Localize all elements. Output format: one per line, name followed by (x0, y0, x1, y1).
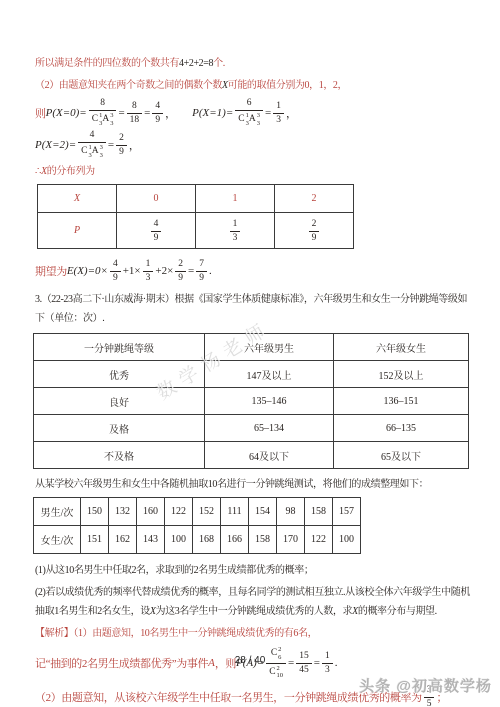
fraction-numerator: 6 (235, 98, 263, 111)
combination-symbol: C13 (238, 112, 249, 128)
question-3-part1: (1)从这10名男生中任取2名，求取到的2名男生成绩都优秀的概率； (35, 561, 473, 580)
table-cell: 65–134 (205, 415, 334, 442)
fraction-denominator: 9 (196, 272, 207, 284)
fraction: 29 (175, 259, 186, 284)
table-cell: 135–146 (205, 388, 334, 415)
table-cell: 优秀 (34, 361, 205, 388)
scripts: 33 (257, 112, 260, 128)
superscript: 2 (278, 646, 281, 654)
table-cell: 2 (275, 185, 354, 213)
table-cell: 168 (193, 526, 221, 554)
fraction: 13 (273, 101, 284, 126)
fraction-denominator: 9 (152, 114, 163, 126)
fraction-denominator: 18 (127, 114, 143, 126)
fraction-numerator: 4 (151, 219, 162, 232)
equals-sign: = (265, 107, 271, 119)
fraction: 79 (196, 259, 207, 284)
arrangement-symbol: A33 (102, 112, 113, 128)
table-cell: 111 (221, 498, 249, 526)
table-cell: 143 (137, 526, 165, 554)
table-cell: 13 (196, 213, 275, 249)
fraction-numerator: 1 (143, 259, 154, 272)
formula-line-p0-p1: 则 P(X=0)= 8 C13 A33 = 818 = 49 ， P(X=1)=… (35, 98, 473, 128)
comma: ， (129, 137, 140, 153)
subscript: 10 (277, 672, 284, 680)
table-cell: 132 (109, 498, 137, 526)
subscript: 3 (257, 120, 260, 128)
fraction-denominator: C210 (266, 664, 286, 681)
text-run: A (102, 114, 109, 125)
text-run: 【解析】（1）由题意知，10名男生中一分钟跳绳成绩优秀的有6名， (35, 628, 317, 639)
fraction: 6 C13 A33 (235, 98, 263, 128)
table-cell: 136–151 (334, 388, 469, 415)
fraction-denominator: C13 A33 (235, 111, 263, 128)
scripts: 33 (100, 144, 103, 160)
fraction-denominator: 3 (230, 232, 241, 244)
arrangement-symbol: A33 (92, 144, 103, 160)
fraction-denominator: 9 (110, 272, 121, 284)
table-cell: 良好 (34, 388, 205, 415)
fraction-denominator: 9 (151, 232, 162, 244)
table-header-row: 一分钟跳绳等级 六年级男生 六年级女生 (34, 334, 469, 361)
scripts: 33 (110, 112, 113, 128)
fraction-denominator: 9 (309, 232, 320, 244)
text-run: 可能的取值分别为0，1，2， (228, 80, 347, 91)
table-cell: 170 (277, 526, 305, 554)
table-cell: 154 (249, 498, 277, 526)
solution-x-values-line: （2）由题意知夹在两个奇数之间的偶数个数X可能的取值分别为0，1，2， (35, 76, 473, 95)
fraction: 818 (127, 101, 143, 126)
fraction-numerator: 2 (116, 133, 127, 146)
table-row: 男生/次 150 132 160 122 152 111 154 98 158 … (34, 498, 361, 526)
table-cell: 166 (221, 526, 249, 554)
table-cell: 29 (275, 213, 354, 249)
math-run: E(X)=0× (67, 265, 108, 277)
comma: ， (165, 105, 176, 121)
text-run: 为这3名学生中一分钟跳绳成绩优秀的人数，求 (156, 606, 353, 617)
math-run: +1× (123, 265, 141, 277)
distribution-table: X 0 1 2 P 49 13 29 (37, 184, 354, 249)
text-run: 的分布列为 (47, 166, 95, 177)
table-cell: 49 (117, 213, 196, 249)
fraction-numerator: 2 (309, 219, 320, 232)
table-cell: P (38, 213, 117, 249)
table-cell: 一分钟跳绳等级 (34, 334, 205, 361)
combination-symbol: C13 (81, 144, 92, 160)
table-cell: 66–135 (334, 415, 469, 442)
table-row: P 49 13 29 (38, 213, 354, 249)
table-cell: 男生/次 (34, 498, 81, 526)
table-row: 女生/次 151 162 143 100 168 166 158 170 122… (34, 526, 361, 554)
text-run: 个. (213, 58, 225, 69)
fraction-numerator: 2 (175, 259, 186, 272)
equals-sign: = (188, 265, 194, 277)
text-run: （单位：次）. (45, 313, 105, 324)
document-content: 所以满足条件的四位数的个数共有4+2+2=8个. （2）由题意知夹在两个奇数之间… (35, 54, 473, 707)
fraction: 8 C13 A33 (89, 98, 117, 128)
formula-line-p2: P(X=2)= 4 C13 A33 = 29 ， (35, 130, 473, 160)
table-cell: 147及以上 (205, 361, 334, 388)
fraction-denominator: 3 (273, 114, 284, 126)
fraction-numerator: 7 (196, 259, 207, 272)
subscript: 3 (100, 152, 103, 160)
fraction: 49 (110, 259, 121, 284)
combination-symbol: C13 (92, 112, 103, 128)
table-cell: 122 (165, 498, 193, 526)
text-run: (1)从这10名男生中任取2名，求取到的2名男生成绩都优秀的概率； (35, 565, 313, 576)
text-run: C (92, 114, 98, 125)
table-cell: 0 (117, 185, 196, 213)
question-3-part2: (2)若以成绩优秀的频率代替成绩优秀的概率，且每名同学的测试相互独立.从该校全体… (35, 583, 473, 621)
table-cell: 157 (333, 498, 361, 526)
text-run: 期望为 (35, 263, 67, 279)
fraction: 49 (151, 219, 162, 244)
superscript: 3 (257, 112, 260, 120)
bottom-watermark: 头条 @初高数学杨 (359, 675, 492, 696)
text-run: A (92, 146, 99, 157)
fraction: 13 (230, 219, 241, 244)
math-run: +2× (155, 265, 173, 277)
text-run: 则 (35, 105, 46, 121)
fraction-denominator: 3 (143, 272, 154, 284)
text-run: 的概率分布与期望. (358, 606, 437, 617)
fraction-numerator: 1 (273, 101, 284, 114)
math-run: P(X=0)= (46, 107, 87, 119)
table-cell: 1 (196, 185, 275, 213)
math-run: P(X=2)= (35, 139, 76, 151)
text-run: 所以满足条件的四位数的个数共有 (35, 58, 179, 69)
table-row: 良好 135–146 136–151 (34, 388, 469, 415)
text-run: 从某学校六年级男生和女生中各随机抽取10名进行一分钟跳绳测试，将他们的成绩整理如… (35, 479, 428, 490)
table-cell: 158 (305, 498, 333, 526)
fraction-denominator: 9 (116, 146, 127, 158)
fraction-numerator: 8 (127, 101, 143, 114)
combination-symbol: C210 (269, 665, 283, 681)
expectation-line: 期望为 E(X)=0× 49 +1× 13 +2× 29 = 79 . (35, 256, 473, 286)
table-cell: 162 (109, 526, 137, 554)
fraction: 13 (143, 259, 154, 284)
grade-table: 一分钟跳绳等级 六年级男生 六年级女生 优秀 147及以上 152及以上 良好 … (33, 333, 469, 469)
fraction: 49 (152, 101, 163, 126)
table-cell: 65及以下 (334, 442, 469, 469)
fraction-numerator: 4 (110, 259, 121, 272)
table-cell: 152及以上 (334, 361, 469, 388)
table-cell: 98 (277, 498, 305, 526)
equals-sign: = (118, 107, 124, 119)
table-cell: 122 (305, 526, 333, 554)
question-3-stem: 3.（22-23高二下·山东威海·期末）根据《国家学生体质健康标准》，六年级男生… (35, 290, 473, 328)
table-cell: X (38, 185, 117, 213)
fraction-denominator: 5 (424, 698, 435, 707)
table-cell: 151 (81, 526, 109, 554)
table-cell: 六年级女生 (334, 334, 469, 361)
text-run: A (249, 114, 256, 125)
table-cell: 不及格 (34, 442, 205, 469)
table-cell: 152 (193, 498, 221, 526)
period: . (209, 265, 212, 277)
table-cell: 158 (249, 526, 277, 554)
scripts: 210 (277, 665, 284, 681)
math-run: 4+2+2=8 (179, 58, 213, 69)
equals-sign: = (144, 107, 150, 119)
table-cell: 64及以下 (205, 442, 334, 469)
equals-sign: = (108, 139, 114, 151)
superscript: 3 (100, 144, 103, 152)
table-row: X 0 1 2 (38, 185, 354, 213)
analysis-line-1: 【解析】（1）由题意知，10名男生中一分钟跳绳成绩优秀的有6名， (35, 624, 473, 643)
table-cell: 女生/次 (34, 526, 81, 554)
math-run: P(X=1)= (192, 107, 233, 119)
comma: ， (286, 105, 297, 121)
table-row: 及格 65–134 66–135 (34, 415, 469, 442)
solution-count-line: 所以满足条件的四位数的个数共有4+2+2=8个. (35, 54, 473, 73)
text-run: C (81, 146, 87, 157)
text-run: （2）由题意知夹在两个奇数之间的偶数个数 (35, 80, 222, 91)
superscript: 3 (110, 112, 113, 120)
fraction-numerator: 1 (230, 219, 241, 232)
table-cell: 六年级男生 (205, 334, 334, 361)
table-cell: 及格 (34, 415, 205, 442)
score-table: 男生/次 150 132 160 122 152 111 154 98 158 … (33, 497, 361, 554)
arrangement-symbol: A33 (249, 112, 260, 128)
fraction-denominator: 9 (175, 272, 186, 284)
table-cell: 100 (333, 526, 361, 554)
text-run: C (269, 667, 275, 678)
subscript: 3 (110, 120, 113, 128)
fraction: 29 (116, 133, 127, 158)
table-cell: 160 (137, 498, 165, 526)
fraction-numerator: 4 (78, 130, 106, 143)
fraction: 29 (309, 219, 320, 244)
table-row: 优秀 147及以上 152及以上 (34, 361, 469, 388)
table-row: 不及格 64及以下 65及以下 (34, 442, 469, 469)
text-run: C (238, 114, 244, 125)
fraction-denominator: C13 A33 (78, 143, 106, 160)
fraction: 4 C13 A33 (78, 130, 106, 160)
table-cell: 150 (81, 498, 109, 526)
page-number: 28 / 40 (0, 655, 500, 666)
table-cell: 100 (165, 526, 193, 554)
distribution-intro: ∴X的分布列为 (35, 162, 473, 181)
fraction-numerator: 8 (89, 98, 117, 111)
fraction-denominator: C13 A33 (89, 111, 117, 128)
document-page: 所以满足条件的四位数的个数共有4+2+2=8个. （2）由题意知夹在两个奇数之间… (0, 0, 500, 707)
sample-intro-line: 从某学校六年级男生和女生中各随机抽取10名进行一分钟跳绳测试，将他们的成绩整理如… (35, 475, 473, 494)
fraction-numerator: 4 (152, 101, 163, 114)
